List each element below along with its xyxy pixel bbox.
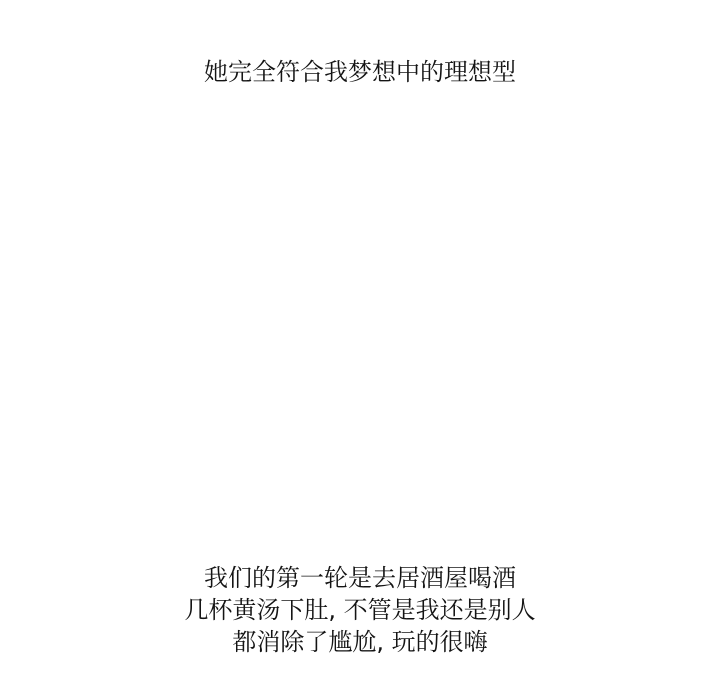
comic-panel: 她完全符合我梦想中的理想型 我们的第一轮是去居酒屋喝酒 几杯黄汤下肚, 不管是我…: [0, 0, 720, 700]
bottom-caption: 我们的第一轮是去居酒屋喝酒 几杯黄汤下肚, 不管是我还是别人 都消除了尴尬, 玩…: [0, 562, 720, 658]
caption-line: 都消除了尴尬, 玩的很嗨: [0, 626, 720, 658]
caption-line: 我们的第一轮是去居酒屋喝酒: [0, 562, 720, 594]
top-caption: 她完全符合我梦想中的理想型: [0, 54, 720, 90]
caption-line: 几杯黄汤下肚, 不管是我还是别人: [0, 594, 720, 626]
